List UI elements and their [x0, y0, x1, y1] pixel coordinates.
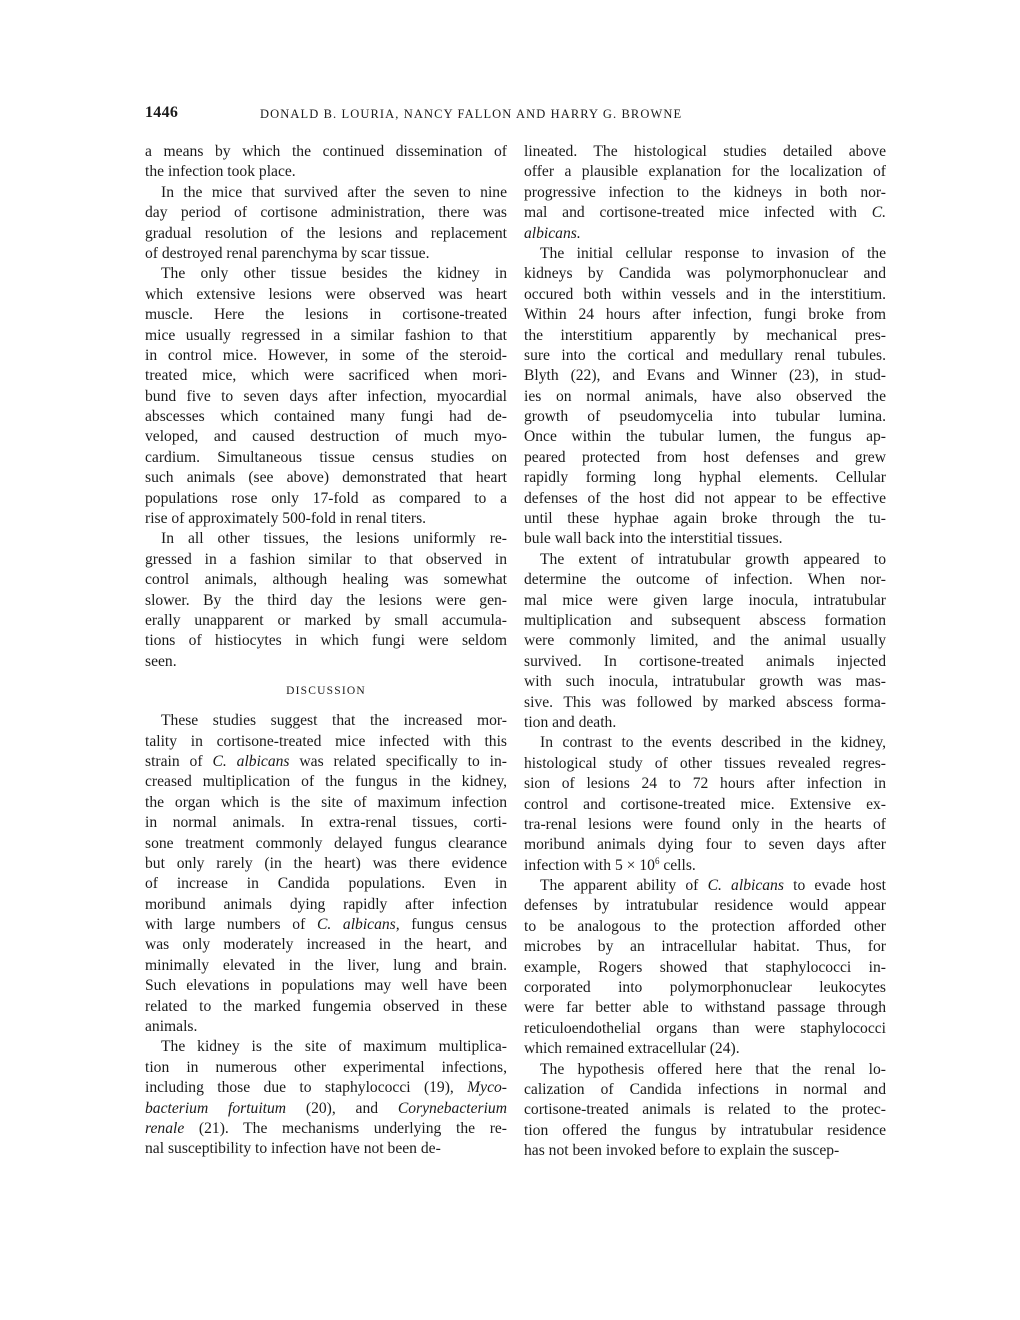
text-line: multiplication and subsequent abscess fo…	[524, 611, 886, 631]
text-line: In contrast to the events described in t…	[524, 733, 886, 753]
text-line: the infection took place.	[145, 162, 507, 182]
text-line: gressed in a fashion similar to that obs…	[145, 550, 507, 570]
paragraph: The only other tissue besides the kidney…	[145, 264, 507, 529]
text-line: of destroyed renal parenchyma by scar ti…	[145, 244, 507, 264]
page-number: 1446	[145, 104, 178, 122]
text-line: bacterium fortuitum (20), and Corynebact…	[145, 1099, 507, 1119]
text-line: histological study of other tissues reve…	[524, 754, 886, 774]
text-line: The apparent ability of C. albicans to e…	[524, 876, 886, 896]
text-line: creased multiplication of the fungus in …	[145, 772, 507, 792]
section-heading-discussion: DISCUSSION	[145, 681, 507, 701]
paragraph: These studies suggest that the increased…	[145, 711, 507, 1037]
text-line: microbes by an intracellular habitat. Th…	[524, 937, 886, 957]
text-line: but only rarely (in the heart) was there…	[145, 854, 507, 874]
text-line: in normal animals. In extra-renal tissue…	[145, 813, 507, 833]
text-line: control animals, although healing was so…	[145, 570, 507, 590]
paragraph: The kidney is the site of maximum multip…	[145, 1037, 507, 1159]
text-line: including those due to staphylococci (19…	[145, 1078, 507, 1098]
text-line: rise of approximately 500-fold in renal …	[145, 509, 507, 529]
text-line: the interstitium apparently by mechanica…	[524, 326, 886, 346]
paragraph: In all other tissues, the lesions unifor…	[145, 529, 507, 672]
text-line: nal susceptibility to infection have not…	[145, 1139, 507, 1159]
text-line: moribund animals dying four to seven day…	[524, 835, 886, 855]
paragraph: The apparent ability of C. albicans to e…	[524, 876, 886, 1060]
text-line: day period of cortisone administration, …	[145, 203, 507, 223]
text-line: mal and cortisone-treated mice infected …	[524, 203, 886, 223]
text-line: sure into the cortical and medullary ren…	[524, 346, 886, 366]
text-line: defenses by intratubular residence would…	[524, 896, 886, 916]
text-line: example, Rogers showed that staphylococc…	[524, 958, 886, 978]
text-line: reticuloendothelial organs than were sta…	[524, 1019, 886, 1039]
text-line: sive. This was followed by marked absces…	[524, 693, 886, 713]
text-line: populations rose only 17-fold as compare…	[145, 489, 507, 509]
text-line: erally unapparent or marked by small acc…	[145, 611, 507, 631]
text-line: abscesses which contained many fungi had…	[145, 407, 507, 427]
text-line: treated mice, which were sacrificed when…	[145, 366, 507, 386]
running-head-authors: DONALD B. LOURIA, NANCY FALLON AND HARRY…	[260, 107, 682, 122]
paragraph: In contrast to the events described in t…	[524, 733, 886, 876]
text-line: In all other tissues, the lesions unifor…	[145, 529, 507, 549]
text-line: a means by which the continued dissemina…	[145, 142, 507, 162]
text-line: animals.	[145, 1017, 507, 1037]
text-line: tality in cortisone-treated mice infecte…	[145, 732, 507, 752]
text-line: These studies suggest that the increased…	[145, 711, 507, 731]
text-line: sone treatment commonly delayed fungus c…	[145, 834, 507, 854]
text-line: infection with 5 × 106 cells.	[524, 856, 886, 876]
text-line: seen.	[145, 652, 507, 672]
text-line: with large numbers of C. albicans, fungu…	[145, 915, 507, 935]
left-column: a means by which the continued dissemina…	[145, 142, 507, 1160]
text-line: determine the outcome of infection. When…	[524, 570, 886, 590]
text-line: related to the marked fungemia observed …	[145, 997, 507, 1017]
text-line: calization of Candida infections in norm…	[524, 1080, 886, 1100]
text-line: progressive infection to the kidneys in …	[524, 183, 886, 203]
paragraph: The hypothesis offered here that the ren…	[524, 1060, 886, 1162]
text-line: tions of histiocytes in which fungi were…	[145, 631, 507, 651]
text-line: occured both within vessels and in the i…	[524, 285, 886, 305]
text-line: has not been invoked before to explain t…	[524, 1141, 886, 1161]
text-line: defenses of the host did not appear to b…	[524, 489, 886, 509]
text-line: were far better able to withstand passag…	[524, 998, 886, 1018]
paragraph: The extent of intratubular growth appear…	[524, 550, 886, 734]
text-line: which extensive lesions were observed wa…	[145, 285, 507, 305]
paragraph: The initial cellular response to invasio…	[524, 244, 886, 550]
text-line: peared protected from host defenses and …	[524, 448, 886, 468]
text-line: Such elevations in populations may well …	[145, 976, 507, 996]
text-line: the organ which is the site of maximum i…	[145, 793, 507, 813]
text-line: gradual resolution of the lesions and re…	[145, 224, 507, 244]
text-line: slower. By the third day the lesions wer…	[145, 591, 507, 611]
text-line: Blyth (22), and Evans and Winner (23), i…	[524, 366, 886, 386]
text-line: such animals (see above) demonstrated th…	[145, 468, 507, 488]
text-line: tion offered the fungus by intratubular …	[524, 1121, 886, 1141]
text-line: minimally elevated in the liver, lung an…	[145, 956, 507, 976]
text-line: veloped, and caused destruction of much …	[145, 427, 507, 447]
text-line: kidneys by Candida was polymorphonuclear…	[524, 264, 886, 284]
text-line: Once within the tubular lumen, the fungu…	[524, 427, 886, 447]
text-line: with such inocula, intratubular growth w…	[524, 672, 886, 692]
text-line: control and cortisone-treated mice. Exte…	[524, 795, 886, 815]
text-line: sion of lesions 24 to 72 hours after inf…	[524, 774, 886, 794]
text-line: offer a plausible explanation for the lo…	[524, 162, 886, 182]
text-line: tra-renal lesions were found only in the…	[524, 815, 886, 835]
text-line: were commonly limited, and the animal us…	[524, 631, 886, 651]
text-line: was only moderately increased in the hea…	[145, 935, 507, 955]
text-line: renale (21). The mechanisms underlying t…	[145, 1119, 507, 1139]
text-line: The hypothesis offered here that the ren…	[524, 1060, 886, 1080]
text-line: cardium. Simultaneous tissue census stud…	[145, 448, 507, 468]
paragraph: lineated. The histological studies detai…	[524, 142, 886, 244]
text-line: mice usually regressed in a similar fash…	[145, 326, 507, 346]
text-line: In the mice that survived after the seve…	[145, 183, 507, 203]
text-line: lineated. The histological studies detai…	[524, 142, 886, 162]
text-line: cortisone-treated animals is related to …	[524, 1100, 886, 1120]
text-line: bule wall back into the interstitial tis…	[524, 529, 886, 549]
text-line: to be analogous to the protection afford…	[524, 917, 886, 937]
text-line: tion in numerous other experimental infe…	[145, 1058, 507, 1078]
page-header: 1446 DONALD B. LOURIA, NANCY FALLON AND …	[145, 104, 885, 128]
text-line: bund five to seven days after infection,…	[145, 387, 507, 407]
text-line: until these hyphae again broke through t…	[524, 509, 886, 529]
text-line: of increase in Candida populations. Even…	[145, 874, 507, 894]
text-line: growth of pseudomycelia into tubular lum…	[524, 407, 886, 427]
text-line: which remained extracellular (24).	[524, 1039, 886, 1059]
text-line: The extent of intratubular growth appear…	[524, 550, 886, 570]
text-line: The initial cellular response to invasio…	[524, 244, 886, 264]
text-line: Within 24 hours after infection, fungi b…	[524, 305, 886, 325]
text-line: albicans.	[524, 224, 886, 244]
text-line: tion and death.	[524, 713, 886, 733]
text-line: muscle. Here the lesions in cortisone-tr…	[145, 305, 507, 325]
text-line: rapidly forming long hyphal elements. Ce…	[524, 468, 886, 488]
text-line: corporated into polymorphonuclear leukoc…	[524, 978, 886, 998]
text-line: The kidney is the site of maximum multip…	[145, 1037, 507, 1057]
text-line: strain of C. albicans was related specif…	[145, 752, 507, 772]
text-line: The only other tissue besides the kidney…	[145, 264, 507, 284]
text-line: mal mice were given large inocula, intra…	[524, 591, 886, 611]
text-line: moribund animals dying rapidly after inf…	[145, 895, 507, 915]
text-line: in control mice. However, in some of the…	[145, 346, 507, 366]
paragraph: In the mice that survived after the seve…	[145, 183, 507, 265]
right-column: lineated. The histological studies detai…	[524, 142, 886, 1162]
text-line: survived. In cortisone-treated animals i…	[524, 652, 886, 672]
text-line: ies on normal animals, have also observe…	[524, 387, 886, 407]
paragraph: a means by which the continued dissemina…	[145, 142, 507, 183]
